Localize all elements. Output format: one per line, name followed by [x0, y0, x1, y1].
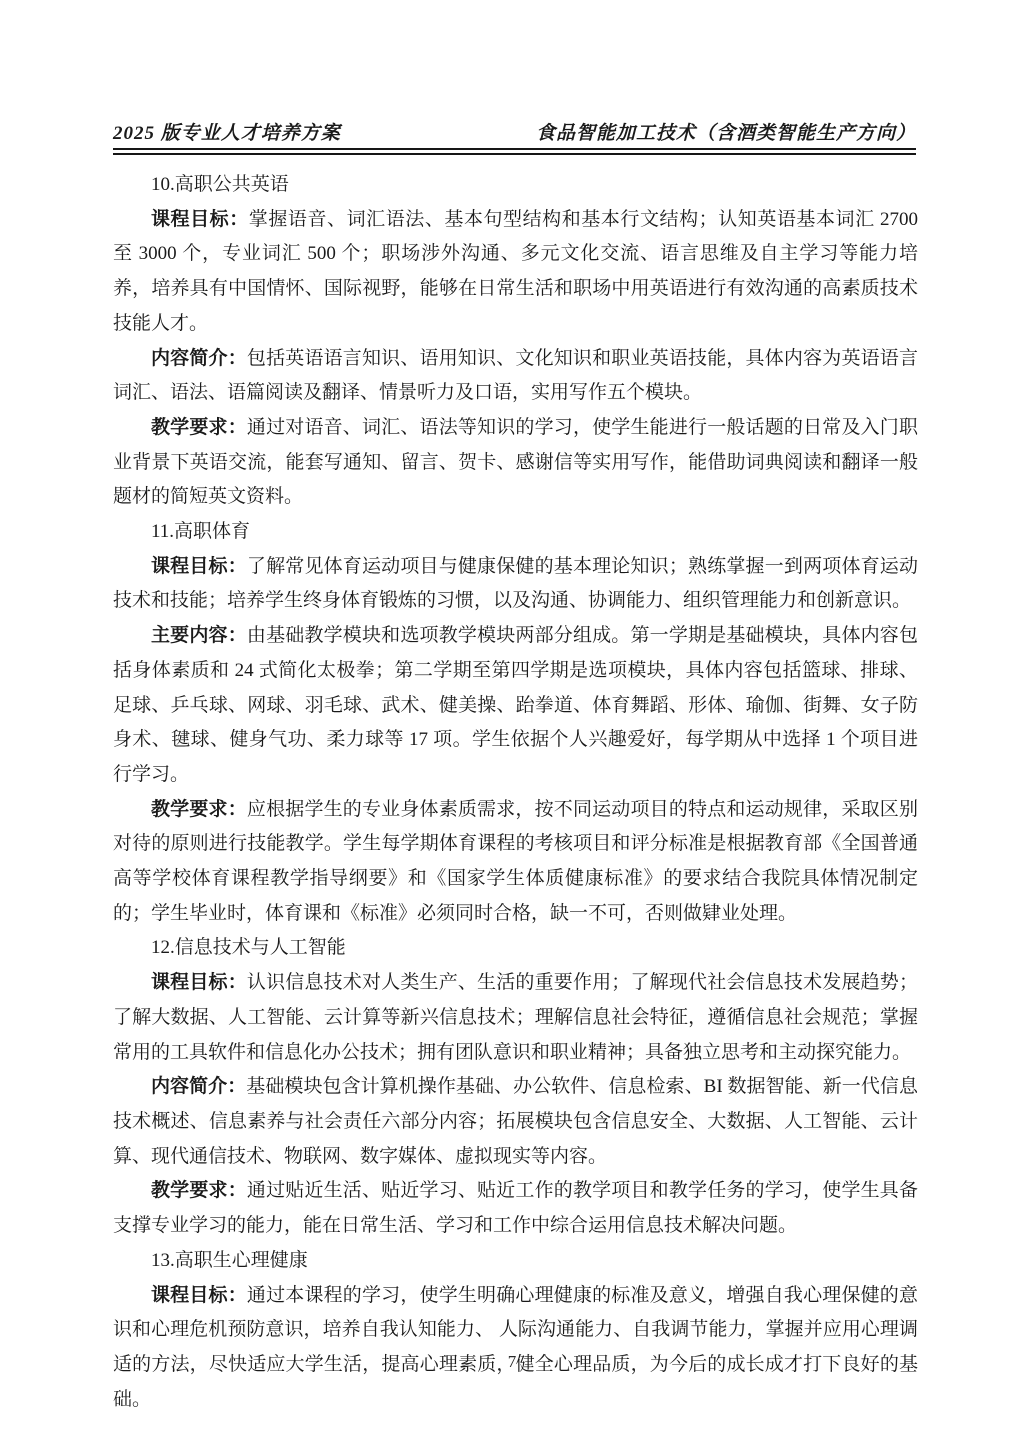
page-footer: 7: [0, 1352, 1024, 1372]
section-title-12: 12.信息技术与人工智能: [113, 931, 918, 966]
paragraph: 课程目标：通过本课程的学习，使学生明确心理健康的标准及意义，增强自我心理保健的意…: [113, 1279, 918, 1418]
paragraph-label: 教学要求：: [151, 1180, 247, 1201]
paragraph-label: 内容简介：: [151, 348, 247, 369]
paragraph-label: 教学要求：: [151, 417, 247, 438]
section-title-13: 13.高职生心理健康: [113, 1244, 918, 1279]
section-title-10: 10.高职公共英语: [113, 168, 918, 203]
header-rule: [113, 148, 916, 155]
section-title-11: 11.高职体育: [113, 515, 918, 550]
paragraph: 课程目标：掌握语音、词汇语法、基本句型结构和基本行文结构；认知英语基本词汇 27…: [113, 203, 918, 342]
paragraph: 课程目标：认识信息技术对人类生产、生活的重要作用；了解现代社会信息技术发展趋势；…: [113, 966, 918, 1070]
paragraph-label: 课程目标：: [151, 209, 249, 230]
paragraph-label: 内容简介：: [151, 1076, 246, 1097]
paragraph-label: 主要内容：: [151, 625, 247, 646]
paragraph: 课程目标：了解常见体育运动项目与健康保健的基本理论知识；熟练掌握一到两项体育运动…: [113, 550, 918, 619]
paragraph: 教学要求：通过贴近生活、贴近学习、贴近工作的教学项目和教学任务的学习，使学生具备…: [113, 1174, 918, 1243]
paragraph-label: 课程目标：: [151, 972, 247, 993]
paragraph: 教学要求：应根据学生的专业身体素质需求，按不同运动项目的特点和运动规律，采取区别…: [113, 793, 918, 932]
paragraph: 主要内容：由基础教学模块和选项教学模块两部分组成。第一学期是基础模块，具体内容包…: [113, 619, 918, 793]
document-page: 2025 版专业人才培养方案 食品智能加工技术（含酒类智能生产方向） 10.高职…: [0, 0, 1024, 1448]
header-left-title: 2025 版专业人才培养方案: [113, 118, 341, 145]
document-body: 10.高职公共英语 课程目标：掌握语音、词汇语法、基本句型结构和基本行文结构；认…: [113, 168, 918, 1417]
paragraph-label: 课程目标：: [151, 556, 247, 577]
paragraph-label: 教学要求：: [151, 799, 247, 820]
paragraph-label: 课程目标：: [151, 1285, 247, 1306]
page-header: 2025 版专业人才培养方案 食品智能加工技术（含酒类智能生产方向）: [113, 118, 916, 145]
paragraph: 内容简介：基础模块包含计算机操作基础、办公软件、信息检索、BI 数据智能、新一代…: [113, 1070, 918, 1174]
header-right-title: 食品智能加工技术（含酒类智能生产方向）: [536, 118, 916, 145]
paragraph: 内容简介：包括英语语言知识、语用知识、文化知识和职业英语技能，具体内容为英语语言…: [113, 342, 918, 411]
paragraph: 教学要求：通过对语音、词汇、语法等知识的学习，使学生能进行一般话题的日常及入门职…: [113, 411, 918, 515]
paragraph-text: 由基础教学模块和选项教学模块两部分组成。第一学期是基础模块，具体内容包括身体素质…: [113, 625, 918, 785]
page-number: 7: [508, 1352, 517, 1371]
